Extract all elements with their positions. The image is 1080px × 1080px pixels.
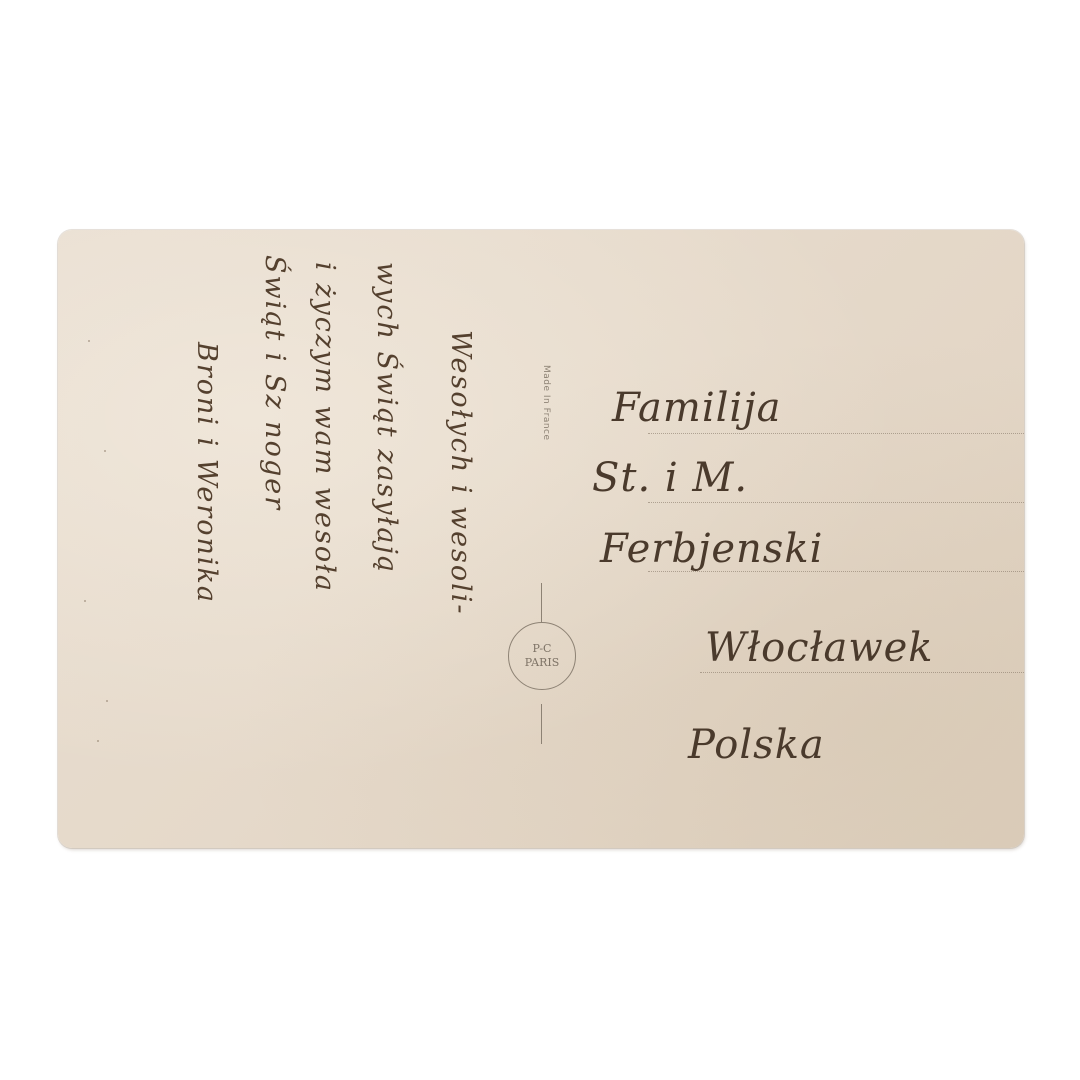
address-city: Włocławek (705, 625, 934, 671)
paper-speck (106, 700, 108, 702)
paper-speck (97, 740, 99, 742)
made-in-france-imprint: Made In France (541, 365, 551, 495)
message-line: i życzym wam wesoła (309, 262, 340, 593)
paper-speck (84, 600, 86, 602)
publisher-logo: P-C PARIS (508, 622, 576, 690)
message-line: Wesołych i wesoli- (445, 330, 476, 616)
publisher-logo-line1: P-C (533, 642, 552, 656)
paper-speck (88, 340, 90, 342)
message-signature: Broni i Weronika (191, 342, 222, 604)
address-surname: Ferbjenski (600, 526, 823, 572)
address-line (648, 502, 1024, 503)
address-recipient: Familija (612, 385, 781, 431)
center-divider-top (541, 583, 542, 623)
message-line: wych Świąt zasyłają (371, 262, 402, 574)
address-country: Polska (688, 722, 825, 768)
center-divider-bottom (541, 704, 542, 744)
address-line (648, 433, 1024, 434)
address-names: St. i M. (592, 455, 748, 501)
address-line (700, 672, 1024, 673)
message-line: Świąt i Sz noger (259, 255, 290, 511)
publisher-logo-line2: PARIS (525, 656, 560, 670)
paper-speck (104, 450, 106, 452)
